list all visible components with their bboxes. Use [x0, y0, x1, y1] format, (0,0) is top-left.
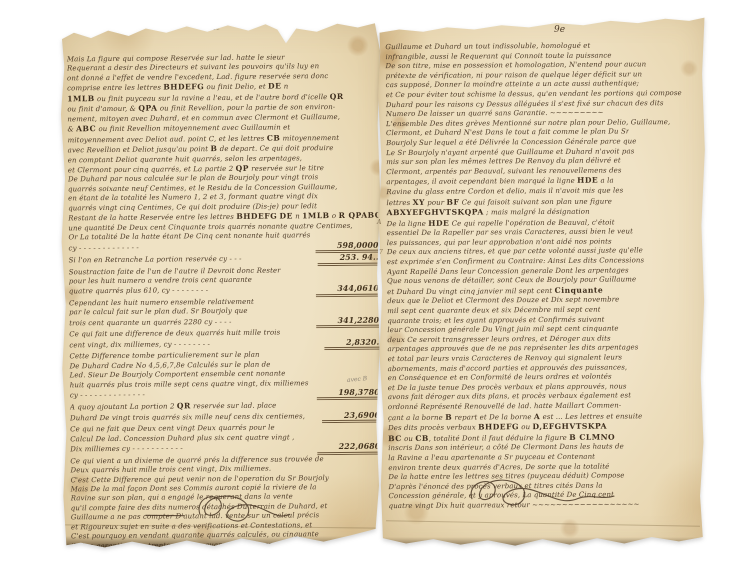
paper-left: 12e Mais La figure qui compose Reservée … — [50, 19, 392, 549]
boundary-letters: BHDEFG — [236, 212, 277, 221]
boundary-letters: 1MLB — [302, 211, 330, 220]
page-number-right: 9e — [554, 25, 565, 35]
boundary-letters: HDE — [428, 218, 449, 227]
boundary-letters: QPA — [138, 104, 157, 113]
manuscript-page-left: 12e Mais La figure qui compose Reservée … — [50, 19, 392, 549]
paper-crease — [386, 520, 700, 526]
boundary-letters: QP — [236, 164, 249, 173]
boundary-letters: XY — [413, 197, 425, 206]
boundary-letters: QR — [330, 92, 344, 101]
boundary-letters: DE — [268, 82, 281, 91]
amount-value: 222,0680 — [317, 442, 381, 455]
amount-value: 253. 94.. — [318, 253, 379, 266]
handwritten-text-right: Guillaume et Duhard un tout indissoluble… — [385, 41, 705, 512]
boundary-letters: D,EFGHVTSKPA — [532, 422, 607, 432]
manuscript-page-right: 9e Guillaume et Duhard un tout indissolu… — [372, 9, 713, 550]
boundary-letters: Cinquante — [555, 285, 604, 294]
boundary-letters: BF — [447, 197, 460, 206]
signature-paraph-right — [458, 467, 639, 522]
boundary-letters: BHDEFG — [478, 422, 519, 431]
boundary-letters: HDE — [577, 176, 598, 185]
boundary-letters: BHDEFG — [163, 83, 204, 92]
page-number-left: 12e — [208, 24, 220, 32]
margin-mark-b: 7 — [379, 249, 383, 256]
boundary-letters: CB — [415, 434, 429, 443]
manuscript-photo: 12e Mais La figure qui compose Reservée … — [0, 0, 750, 562]
boundary-letters: 1MLB — [67, 94, 95, 103]
amount-value: 341,2280 — [316, 315, 380, 328]
boundary-letters: QR — [177, 402, 191, 411]
amount-value: 598,0000 — [315, 240, 379, 253]
boundary-letters: ABC — [76, 124, 96, 133]
amount-value: 344,0610 — [315, 284, 379, 297]
manuscript-line: il n'en garantira que trente neuf, ou qu… — [71, 539, 381, 551]
boundary-letters: ABXYEFGHVTSKQPA — [387, 208, 484, 218]
boundary-letters: DE — [279, 212, 292, 221]
boundary-letters: BC — [388, 434, 402, 443]
boundary-letters: CB — [267, 133, 281, 142]
paper-right: 9e Guillaume et Duhard un tout indissolu… — [372, 9, 713, 550]
amount-value: 198,3780 — [316, 388, 380, 401]
signature-paraph-left — [141, 482, 303, 538]
margin-mark-a: A — [377, 219, 381, 226]
handwritten-text-left: Mais La figure qui compose Reservée sur … — [67, 53, 381, 552]
boundary-letters: B CLMNO — [569, 432, 615, 441]
